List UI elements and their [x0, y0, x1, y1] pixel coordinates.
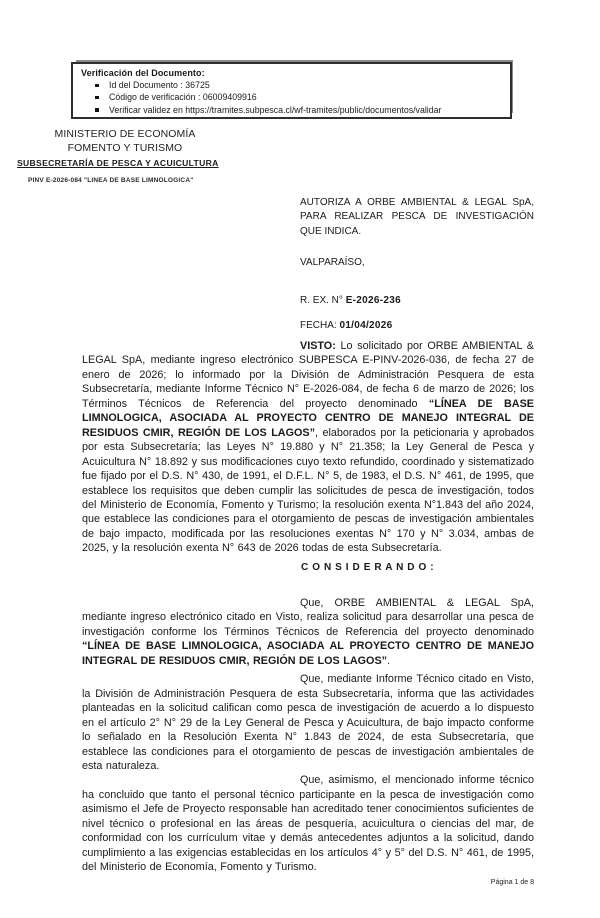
ministry-header: MINISTERIO DE ECONOMÍA FOMENTO Y TURISMO: [30, 127, 220, 155]
considerando-p1-text-2: .: [387, 655, 390, 667]
date-label: FECHA:: [300, 320, 339, 331]
date-line: FECHA: 01/04/2026: [300, 320, 393, 331]
document-page: Verificación del Documento: Id del Docum…: [0, 0, 600, 918]
verification-list: Id del Documento : 36725 Código de verif…: [73, 79, 510, 116]
considerando-p1-project-title: “LÍNEA DE BASE LIMNOLOGICA, ASOCIADA AL …: [82, 640, 534, 666]
visto-paragraph: VISTO: Lo solicitado por ORBE AMBIENTAL …: [82, 339, 534, 556]
visto-label: VISTO:: [300, 340, 336, 352]
verification-item-code-text: Código de verificación : 06009409916: [109, 92, 257, 102]
ministry-line-1: MINISTERIO DE ECONOMÍA: [30, 127, 220, 141]
verification-item-url: Verificar validez en https://tramites.su…: [94, 104, 510, 116]
date-value: 01/04/2026: [339, 320, 392, 331]
resolution-label: R. EX. N°: [300, 295, 346, 306]
verification-item-url-text: Verificar validez en https://tramites.su…: [109, 105, 441, 115]
bullet-square-icon: [95, 84, 99, 88]
bullet-square-icon: [95, 108, 99, 112]
visto-text-2: , elaborados por la peticionaria y aprob…: [82, 427, 534, 555]
verification-item-id-text: Id del Documento : 36725: [109, 80, 210, 90]
pinv-reference: PINV E-2026-084 "LINEA DE BASE LIMNOLOGI…: [28, 177, 194, 184]
bullet-square-icon: [95, 96, 99, 100]
visto-section: VISTO: Lo solicitado por ORBE AMBIENTAL …: [82, 339, 534, 556]
considerando-section: Que, ORBE AMBIENTAL & LEGAL SpA, mediant…: [82, 596, 534, 875]
considerando-heading: C O N S I D E R A N D O :: [301, 562, 434, 573]
verification-box: Verificación del Documento: Id del Docum…: [71, 62, 512, 119]
verification-item-code: Código de verificación : 06009409916: [94, 91, 510, 103]
considerando-paragraph-1: Que, ORBE AMBIENTAL & LEGAL SpA, mediant…: [82, 596, 534, 668]
considerando-paragraph-2: Que, mediante Informe Técnico citado en …: [82, 672, 534, 773]
subject-block: AUTORIZA A ORBE AMBIENTAL & LEGAL SpA, P…: [300, 196, 534, 239]
city-line: VALPARAÍSO,: [300, 257, 365, 268]
verification-title: Verificación del Documento:: [81, 68, 510, 78]
resolution-number: E-2026-236: [346, 295, 401, 306]
verification-item-id: Id del Documento : 36725: [94, 79, 510, 91]
considerando-p1-text-1: Que, ORBE AMBIENTAL & LEGAL SpA, mediant…: [82, 597, 534, 638]
page-number: Página 1 de 8: [434, 879, 534, 886]
ministry-line-2: FOMENTO Y TURISMO: [30, 141, 220, 155]
subsecretaria-title: SUBSECRETARÍA DE PESCA Y ACUICULTURA: [17, 158, 219, 168]
considerando-paragraph-3: Que, asimismo, el mencionado informe téc…: [82, 773, 534, 874]
resolution-number-line: R. EX. N° E-2026-236: [300, 295, 401, 306]
